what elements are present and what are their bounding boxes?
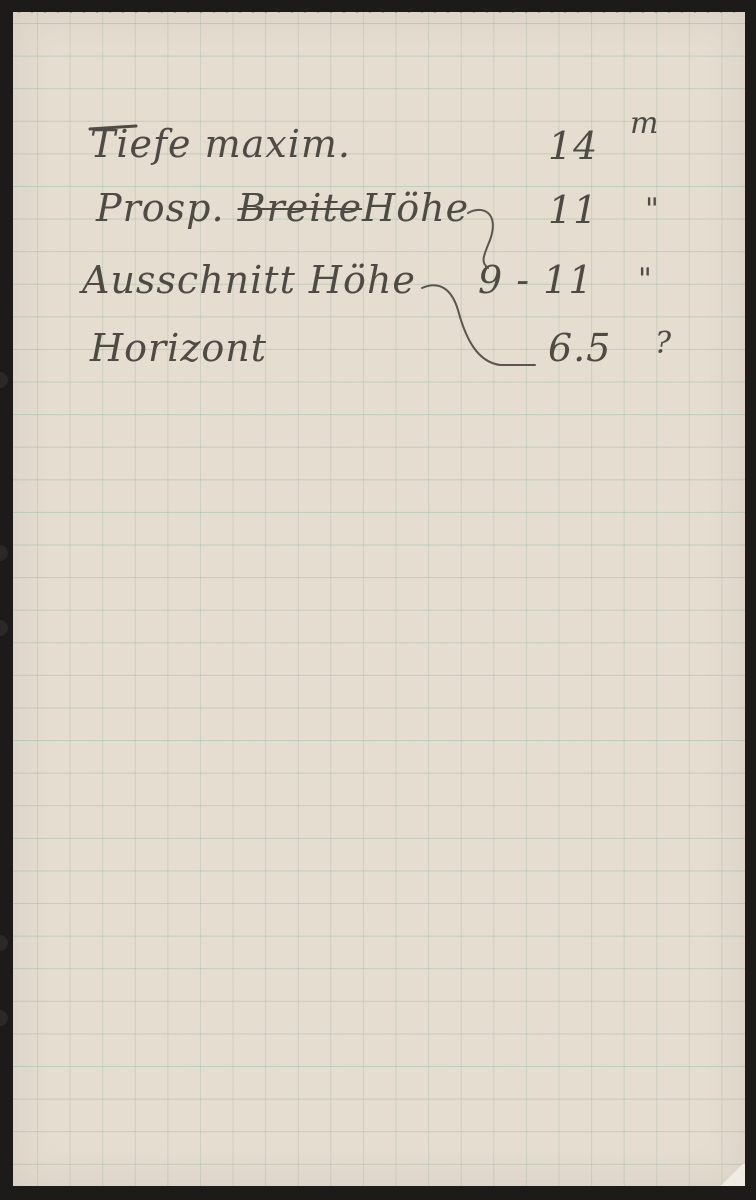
handwritten-connector-lines	[0, 0, 756, 1200]
